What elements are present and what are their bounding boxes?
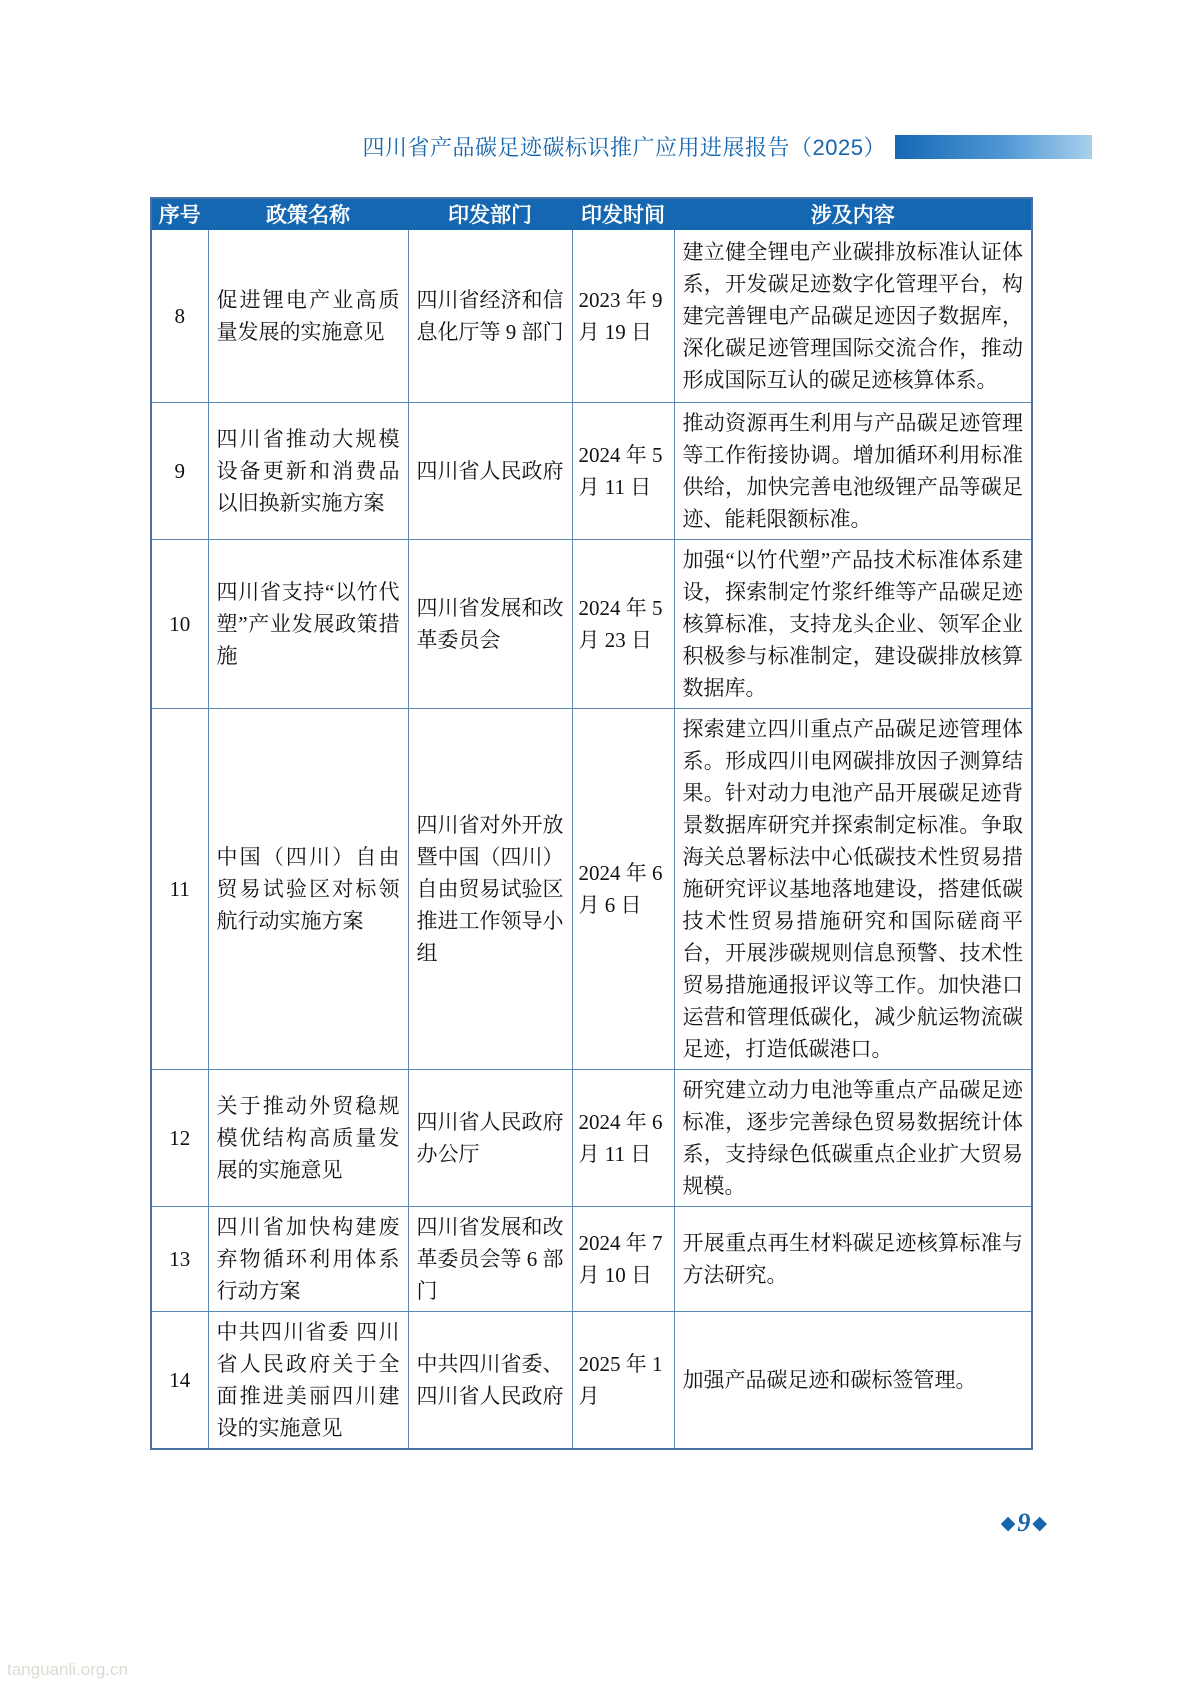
table-row: 14 中共四川省委 四川省人民政府关于全面推进美丽四川建设的实施意见 中共四川省… <box>151 1312 1032 1450</box>
cell-content: 开展重点再生材料碳足迹核算标准与方法研究。 <box>674 1207 1032 1312</box>
cell-policy-name: 四川省推动大规模设备更新和消费品以旧换新实施方案 <box>208 403 408 540</box>
table-row: 8 促进锂电产业高质量发展的实施意见 四川省经济和信息化厅等 9 部门 2023… <box>151 230 1032 403</box>
cell-issue-date: 2024 年 5 月 23 日 <box>572 540 674 709</box>
cell-no: 8 <box>151 230 208 403</box>
column-header-content: 涉及内容 <box>674 198 1032 230</box>
page-number: ◆ 9 ◆ <box>1001 1510 1047 1536</box>
cell-policy-name: 中国（四川）自由贸易试验区对标领航行动实施方案 <box>208 709 408 1070</box>
cell-no: 9 <box>151 403 208 540</box>
table-row: 10 四川省支持“以竹代塑”产业发展政策措施 四川省发展和改革委员会 2024 … <box>151 540 1032 709</box>
document-title: 四川省产品碳足迹碳标识推广应用进展报告（2025） <box>363 131 886 162</box>
policy-table: 序号 政策名称 印发部门 印发时间 涉及内容 8 促进锂电产业高质量发展的实施意… <box>150 197 1033 1450</box>
cell-no: 11 <box>151 709 208 1070</box>
column-header-no: 序号 <box>151 198 208 230</box>
cell-content: 探索建立四川重点产品碳足迹管理体系。形成四川电网碳排放因子测算结果。针对动力电池… <box>674 709 1032 1070</box>
diamond-icon: ◆ <box>1032 1514 1047 1533</box>
cell-issue-date: 2024 年 6 月 11 日 <box>572 1070 674 1207</box>
page-number-value: 9 <box>1017 1510 1030 1536</box>
cell-issuing-dept: 四川省人民政府办公厅 <box>408 1070 572 1207</box>
cell-policy-name: 中共四川省委 四川省人民政府关于全面推进美丽四川建设的实施意见 <box>208 1312 408 1450</box>
cell-no: 13 <box>151 1207 208 1312</box>
cell-no: 12 <box>151 1070 208 1207</box>
cell-issuing-dept: 四川省经济和信息化厅等 9 部门 <box>408 230 572 403</box>
column-header-issue-date: 印发时间 <box>572 198 674 230</box>
diamond-icon: ◆ <box>1001 1514 1016 1533</box>
cell-content: 加强产品碳足迹和碳标签管理。 <box>674 1312 1032 1450</box>
table-row: 13 四川省加快构建废弃物循环利用体系行动方案 四川省发展和改革委员会等 6 部… <box>151 1207 1032 1312</box>
cell-content: 推动资源再生利用与产品碳足迹管理等工作衔接协调。增加循环利用标准供给，加快完善电… <box>674 403 1032 540</box>
cell-issue-date: 2024 年 5 月 11 日 <box>572 403 674 540</box>
table-row: 9 四川省推动大规模设备更新和消费品以旧换新实施方案 四川省人民政府 2024 … <box>151 403 1032 540</box>
column-header-policy-name: 政策名称 <box>208 198 408 230</box>
cell-issuing-dept: 四川省发展和改革委员会 <box>408 540 572 709</box>
table-row: 11 中国（四川）自由贸易试验区对标领航行动实施方案 四川省对外开放暨中国（四川… <box>151 709 1032 1070</box>
cell-issue-date: 2023 年 9 月 19 日 <box>572 230 674 403</box>
cell-issue-date: 2024 年 6 月 6 日 <box>572 709 674 1070</box>
cell-issuing-dept: 四川省对外开放暨中国（四川）自由贸易试验区推进工作领导小组 <box>408 709 572 1070</box>
cell-content: 建立健全锂电产业碳排放标准认证体系，开发碳足迹数字化管理平台，构建完善锂电产品碳… <box>674 230 1032 403</box>
cell-issuing-dept: 四川省发展和改革委员会等 6 部门 <box>408 1207 572 1312</box>
cell-issue-date: 2024 年 7 月 10 日 <box>572 1207 674 1312</box>
cell-policy-name: 四川省支持“以竹代塑”产业发展政策措施 <box>208 540 408 709</box>
cell-content: 研究建立动力电池等重点产品碳足迹标准，逐步完善绿色贸易数据统计体系，支持绿色低碳… <box>674 1070 1032 1207</box>
column-header-issuing-dept: 印发部门 <box>408 198 572 230</box>
cell-no: 10 <box>151 540 208 709</box>
cell-no: 14 <box>151 1312 208 1450</box>
cell-issuing-dept: 四川省人民政府 <box>408 403 572 540</box>
cell-content: 加强“以竹代塑”产品技术标准体系建设，探索制定竹浆纤维等产品碳足迹核算标准，支持… <box>674 540 1032 709</box>
header-accent-bar <box>895 135 1092 159</box>
cell-policy-name: 关于推动外贸稳规模优结构高质量发展的实施意见 <box>208 1070 408 1207</box>
cell-policy-name: 四川省加快构建废弃物循环利用体系行动方案 <box>208 1207 408 1312</box>
cell-policy-name: 促进锂电产业高质量发展的实施意见 <box>208 230 408 403</box>
cell-issue-date: 2025 年 1 月 <box>572 1312 674 1450</box>
table-row: 12 关于推动外贸稳规模优结构高质量发展的实施意见 四川省人民政府办公厅 202… <box>151 1070 1032 1207</box>
table-header-row: 序号 政策名称 印发部门 印发时间 涉及内容 <box>151 198 1032 230</box>
page-header: 四川省产品碳足迹碳标识推广应用进展报告（2025） <box>0 131 1092 162</box>
watermark-text: tanguanli.org.cn <box>7 1660 128 1680</box>
cell-issuing-dept: 中共四川省委、四川省人民政府 <box>408 1312 572 1450</box>
